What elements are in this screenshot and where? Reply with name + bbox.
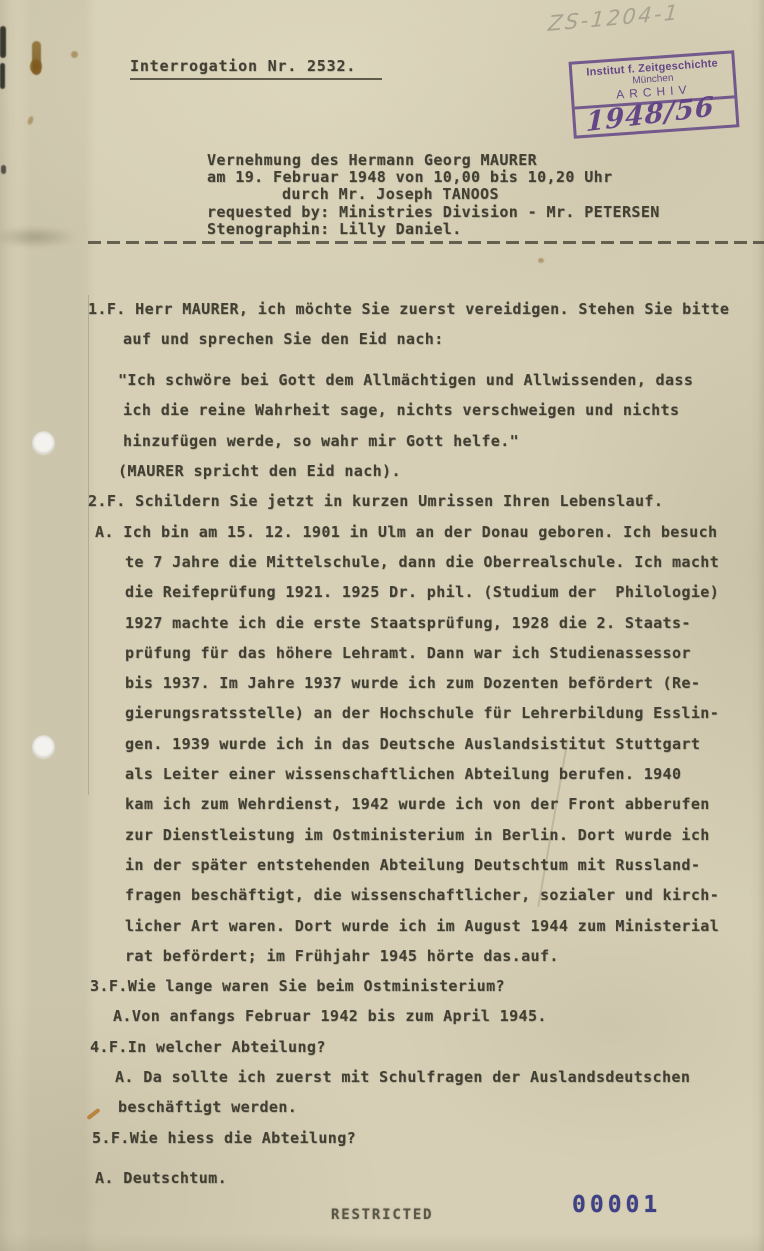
paper-stain [27, 115, 35, 125]
classification-marking: RESTRICTED [331, 1207, 433, 1223]
body-line: hinzufügen werde, so wahr mir Gott helfe… [123, 432, 519, 450]
pencil-archive-note: ZS-1204-1 [547, 0, 681, 36]
body-line: gierungsratsstelle) an der Hochschule fü… [125, 704, 719, 722]
body-line: rat befördert; im Frühjahr 1945 hörte da… [125, 947, 559, 965]
body-line: A. Deutschtum. [95, 1169, 227, 1187]
paper-edge-mark [1, 165, 6, 174]
document-title: Interrogation Nr. 2532. [130, 57, 382, 80]
hole-punch [32, 431, 55, 454]
body-line: licher Art waren. Dort wurde ich im Augu… [125, 917, 719, 935]
paper-crease-shadow [0, 226, 78, 248]
body-line: ich die reine Wahrheit sage, nichts vers… [123, 401, 679, 419]
body-line: A. Ich bin am 15. 12. 1901 in Ulm an der… [95, 523, 717, 541]
paper-edge-mark [0, 26, 6, 58]
body-line: auf und sprechen Sie den Eid nach: [123, 330, 444, 348]
body-line: 1.F. Herr MAURER, ich möchte Sie zuerst … [88, 300, 729, 318]
body-line: zur Dienstleistung im Ostministerium in … [125, 826, 710, 844]
body-line: "Ich schwöre bei Gott dem Allmächtigen u… [118, 371, 693, 389]
paper-edge-mark [0, 63, 5, 89]
body-line: kam ich zum Wehrdienst, 1942 wurde ich v… [125, 795, 710, 813]
body-line: 1927 machte ich die erste Staatsprüfung,… [125, 614, 691, 632]
hole-punch [32, 735, 55, 758]
body-line: 5.F.Wie hiess die Abteilung? [92, 1129, 356, 1147]
paper-crease [88, 295, 89, 795]
page-number-stamp: 00001 [572, 1192, 661, 1218]
body-line: 3.F.Wie lange waren Sie beim Ostminister… [90, 977, 505, 995]
body-line: te 7 Jahre die Mittelschule, dann die Ob… [125, 553, 719, 571]
body-line: prüfung für das höhere Lehramt. Dann war… [125, 644, 691, 662]
header-line: Stenographin: Lilly Daniel. [207, 221, 660, 238]
header-block: Vernehmung des Hermann Georg MAURERam 19… [207, 152, 660, 238]
body-line: in der später entstehenden Abteilung Deu… [125, 856, 700, 874]
body-line: 4.F.In welcher Abteilung? [90, 1038, 326, 1056]
header-line: requested by: Ministries Division - Mr. … [207, 204, 660, 221]
body-line: A.Von anfangs Februar 1942 bis zum April… [113, 1007, 547, 1025]
archive-stamp: Institut f. Zeitgeschichte München ARCHI… [569, 50, 740, 138]
body-line: die Reifeprüfung 1921. 1925 Dr. phil. (S… [125, 583, 719, 601]
paper-stain [71, 51, 78, 58]
body-line: (MAURER spricht den Eid nach). [118, 462, 401, 480]
header-line: durch Mr. Joseph TANOOS [282, 186, 660, 203]
body-line: A. Da sollte ich zuerst mit Schulfragen … [115, 1068, 690, 1086]
body-line: fragen beschäftigt, die wissenschaftlich… [125, 886, 719, 904]
paper-stain [86, 1108, 100, 1120]
paper-stain [30, 59, 42, 74]
body-line: gen. 1939 wurde ich in das Deutsche Ausl… [125, 735, 700, 753]
body-line: als Leiter einer wissenschaftlichen Abte… [125, 765, 681, 783]
typed-divider-line [88, 241, 764, 244]
body-line: 2.F. Schildern Sie jetzt in kurzen Umris… [88, 492, 663, 510]
paper-stain [538, 258, 544, 263]
header-line: am 19. Februar 1948 von 10,00 bis 10,20 … [207, 169, 660, 186]
header-line: Vernehmung des Hermann Georg MAURER [207, 152, 660, 169]
body-line: bis 1937. Im Jahre 1937 wurde ich zum Do… [125, 674, 700, 692]
scanned-document-page: ZS-1204-1 Interrogation Nr. 2532. Instit… [0, 0, 764, 1251]
body-line: beschäftigt werden. [118, 1098, 297, 1116]
